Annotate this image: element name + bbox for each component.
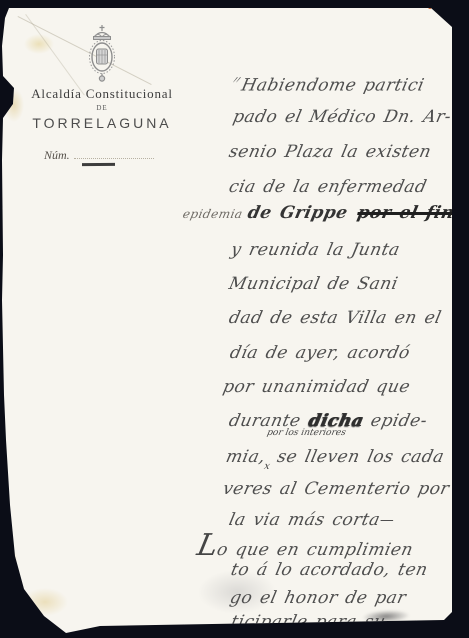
paper-stain xyxy=(2,548,18,572)
line-text: veres al Cementerio por xyxy=(221,479,451,499)
inserted-word: epidemia xyxy=(181,207,244,221)
handwriting-line-16: to á lo acordado, ten xyxy=(229,560,430,580)
handwriting-line-9: día de ayer, acordó xyxy=(228,343,412,363)
line-text: de Grippe xyxy=(246,203,350,223)
line-text: se lleven los cada xyxy=(275,447,446,467)
line-text: la via más corta xyxy=(227,510,382,530)
scanned-document: Alcaldía Constitucional DE TORRELAGUNA N… xyxy=(0,0,469,638)
handwriting-line-15: Lo que en cumplimien xyxy=(194,528,418,563)
handwriting-line-17: go el honor de par xyxy=(228,588,408,608)
insertion-caret: x xyxy=(263,461,271,472)
line-text: Municipal de Sani xyxy=(227,274,400,294)
paper-sheet: Alcaldía Constitucional DE TORRELAGUNA N… xyxy=(0,0,469,638)
document-number-row: Núm. xyxy=(44,146,154,164)
handwriting-line-13: veres al Cementerio por xyxy=(221,479,451,499)
line-text: dad de esta Villa en el xyxy=(227,308,443,328)
red-speck xyxy=(428,5,432,9)
line-text: Habiendome partici xyxy=(240,76,427,96)
handwriting-line-12: mia,xse lleven los cada xyxy=(224,447,446,467)
letterhead-line3: TORRELAGUNA xyxy=(16,115,188,131)
handwriting-line-2: pado el Médico Dn. Ar- xyxy=(231,107,453,127)
handwriting-line-10: por unanimidad que xyxy=(221,377,412,397)
handwriting-line-6: y reunida la Junta xyxy=(229,240,402,260)
handwriting-line-5: epidemiade Grippepor el fin xyxy=(181,203,456,223)
interline-insertion: por los interiores xyxy=(266,428,347,438)
line-text: por los interiores xyxy=(266,428,347,438)
paper-stain xyxy=(22,588,68,616)
line-text: día de ayer, acordó xyxy=(228,343,412,363)
handwriting-line-8: dad de esta Villa en el xyxy=(227,308,443,328)
handwriting-line-3: senio Plaza la existen xyxy=(227,142,433,162)
line-text: por unanimidad que xyxy=(221,377,412,397)
line-text: mia, xyxy=(224,447,267,467)
num-label: Núm. xyxy=(44,148,70,162)
handwriting-line-14: la via más corta–– xyxy=(227,510,393,530)
royal-coat-of-arms-icon xyxy=(85,24,119,82)
num-blank-line xyxy=(74,158,154,159)
letterhead-line1: Alcaldía Constitucional xyxy=(16,86,188,102)
handwriting-line-4: cia de la enfermedad xyxy=(227,177,429,197)
handwriting-line-1: 〃Habiendome partici xyxy=(227,72,427,96)
struck-out-text: por el fin xyxy=(355,203,456,223)
line-text: go el honor de par xyxy=(228,588,408,608)
letterhead: Alcaldía Constitucional DE TORRELAGUNA xyxy=(16,24,188,131)
line-text: y reunida la Junta xyxy=(229,240,402,260)
line-text: senio Plaza la existen xyxy=(227,142,433,162)
line-text: pado el Médico Dn. Ar- xyxy=(231,107,453,127)
num-underline xyxy=(82,163,115,166)
letterhead-line2: DE xyxy=(16,104,188,112)
line-text: epide- xyxy=(361,411,429,431)
line-text: to á lo acordado, ten xyxy=(229,560,430,580)
line-text: cia de la enfermedad xyxy=(227,177,429,197)
handwriting-line-7: Municipal de Sani xyxy=(227,274,400,294)
